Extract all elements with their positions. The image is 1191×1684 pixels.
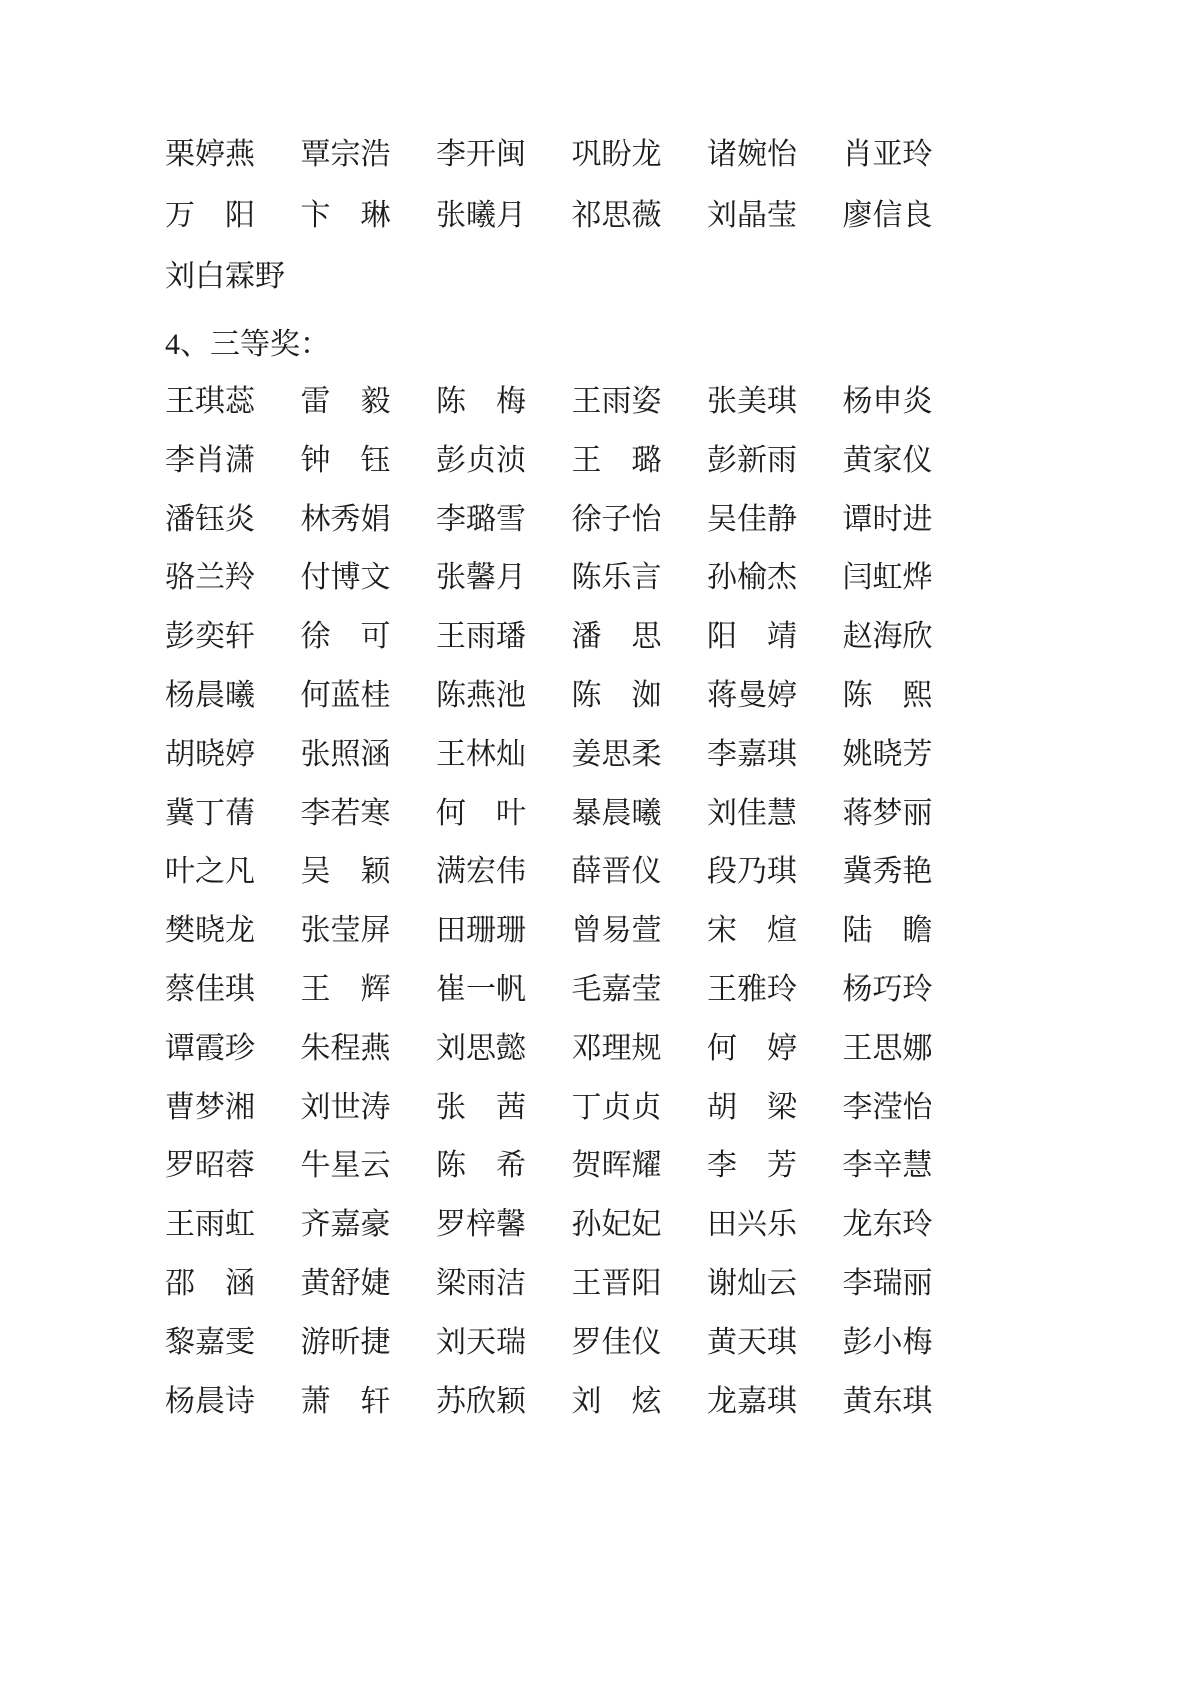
awardee-name: 蒋梦丽 bbox=[843, 798, 979, 830]
awardee-name: 杨晨曦 bbox=[165, 680, 301, 712]
awardee-name: 王雨姿 bbox=[572, 386, 708, 418]
awardee-name: 黄舒婕 bbox=[301, 1268, 437, 1300]
awardee-name: 彭贞浈 bbox=[436, 445, 572, 477]
awardee-name: 贺晖耀 bbox=[572, 1150, 708, 1182]
name-row: 李肖潇钟 钰彭贞浈王 璐彭新雨黄家仪 bbox=[165, 445, 1191, 504]
awardee-name: 何蓝桂 bbox=[301, 680, 437, 712]
awardee-name: 孙妃妃 bbox=[572, 1209, 708, 1241]
awardee-name: 彭奕轩 bbox=[165, 621, 301, 653]
awardee-name: 阳 靖 bbox=[707, 621, 843, 653]
awardee-name: 谭霞珍 bbox=[165, 1033, 301, 1065]
awardee-name: 罗梓馨 bbox=[436, 1209, 572, 1241]
awardee-name: 刘思懿 bbox=[436, 1033, 572, 1065]
awardee-name: 林秀娟 bbox=[301, 504, 437, 536]
awardee-name: 姚晓芳 bbox=[843, 739, 979, 771]
awardee-name: 张 茜 bbox=[436, 1092, 572, 1124]
awardee-name: 钟 钰 bbox=[301, 445, 437, 477]
third-prize-name-list: 王琪蕊雷 毅陈 梅王雨姿张美琪杨申炎李肖潇钟 钰彭贞浈王 璐彭新雨黄家仪潘钰炎林… bbox=[165, 386, 1191, 1444]
awardee-name: 曹梦湘 bbox=[165, 1092, 301, 1124]
prize-list-continued: 栗婷燕覃宗浩李开闽巩盼龙诸婉怡肖亚玲万 阳卞 琳张曦月祁思薇刘晶莹廖信良刘白霖野 bbox=[165, 139, 1191, 322]
awardee-name: 栗婷燕 bbox=[165, 139, 301, 171]
page-content: 栗婷燕覃宗浩李开闽巩盼龙诸婉怡肖亚玲万 阳卞 琳张曦月祁思薇刘晶莹廖信良刘白霖野… bbox=[0, 0, 1191, 1444]
awardee-name: 刘世涛 bbox=[301, 1092, 437, 1124]
name-row: 曹梦湘刘世涛张 茜丁贞贞胡 梁李滢怡 bbox=[165, 1092, 1191, 1151]
awardee-name: 刘佳慧 bbox=[707, 798, 843, 830]
name-row: 叶之凡吴 颖满宏伟薛晋仪段乃琪冀秀艳 bbox=[165, 856, 1191, 915]
name-row: 潘钰炎林秀娟李璐雪徐子怡吴佳静谭时进 bbox=[165, 504, 1191, 563]
awardee-name: 王 辉 bbox=[301, 974, 437, 1006]
awardee-name: 付博文 bbox=[301, 562, 437, 594]
awardee-name: 雷 毅 bbox=[301, 386, 437, 418]
awardee-name: 万 阳 bbox=[165, 200, 301, 232]
name-row: 邵 涵黄舒婕梁雨洁王晋阳谢灿云李瑞丽 bbox=[165, 1268, 1191, 1327]
awardee-name: 谭时进 bbox=[843, 504, 979, 536]
awardee-name: 彭新雨 bbox=[707, 445, 843, 477]
awardee-name: 朱程燕 bbox=[301, 1033, 437, 1065]
awardee-name: 黄家仪 bbox=[843, 445, 979, 477]
awardee-name: 罗佳仪 bbox=[572, 1327, 708, 1359]
awardee-name: 冀秀艳 bbox=[843, 856, 979, 888]
awardee-name: 王琪蕊 bbox=[165, 386, 301, 418]
awardee-name: 诸婉怡 bbox=[707, 139, 843, 171]
awardee-name: 祁思薇 bbox=[572, 200, 708, 232]
awardee-name: 王雨虹 bbox=[165, 1209, 301, 1241]
name-row: 王琪蕊雷 毅陈 梅王雨姿张美琪杨申炎 bbox=[165, 386, 1191, 445]
awardee-name: 王雨璠 bbox=[436, 621, 572, 653]
awardee-name: 齐嘉豪 bbox=[301, 1209, 437, 1241]
awardee-name: 叶之凡 bbox=[165, 856, 301, 888]
awardee-name: 苏欣颖 bbox=[436, 1386, 572, 1418]
awardee-name: 罗昭蓉 bbox=[165, 1150, 301, 1182]
awardee-name: 陈 洳 bbox=[572, 680, 708, 712]
awardee-name: 何 婷 bbox=[707, 1033, 843, 1065]
awardee-name: 丁贞贞 bbox=[572, 1092, 708, 1124]
awardee-name: 吴佳静 bbox=[707, 504, 843, 536]
awardee-name: 龙嘉琪 bbox=[707, 1386, 843, 1418]
name-row: 冀丁蒨李若寒何 叶暴晨曦刘佳慧蒋梦丽 bbox=[165, 798, 1191, 857]
awardee-name: 陈 梅 bbox=[436, 386, 572, 418]
awardee-name: 杨巧玲 bbox=[843, 974, 979, 1006]
awardee-name: 王 璐 bbox=[572, 445, 708, 477]
awardee-name: 邵 涵 bbox=[165, 1268, 301, 1300]
awardee-name: 陈 希 bbox=[436, 1150, 572, 1182]
awardee-name: 李辛慧 bbox=[843, 1150, 979, 1182]
awardee-name: 吴 颖 bbox=[301, 856, 437, 888]
awardee-name: 萧 轩 bbox=[301, 1386, 437, 1418]
awardee-name: 田兴乐 bbox=[707, 1209, 843, 1241]
awardee-name: 张美琪 bbox=[707, 386, 843, 418]
awardee-name: 满宏伟 bbox=[436, 856, 572, 888]
name-row: 万 阳卞 琳张曦月祁思薇刘晶莹廖信良 bbox=[165, 200, 1191, 261]
awardee-name: 卞 琳 bbox=[301, 200, 437, 232]
awardee-name: 黄东琪 bbox=[843, 1386, 979, 1418]
awardee-name: 张馨月 bbox=[436, 562, 572, 594]
awardee-name: 徐 可 bbox=[301, 621, 437, 653]
awardee-name: 陈燕池 bbox=[436, 680, 572, 712]
awardee-name: 刘天瑞 bbox=[436, 1327, 572, 1359]
awardee-name: 段乃琪 bbox=[707, 856, 843, 888]
awardee-name: 黎嘉雯 bbox=[165, 1327, 301, 1359]
awardee-name: 徐子怡 bbox=[572, 504, 708, 536]
awardee-name: 毛嘉莹 bbox=[572, 974, 708, 1006]
name-row: 王雨虹齐嘉豪罗梓馨孙妃妃田兴乐龙东玲 bbox=[165, 1209, 1191, 1268]
awardee-name: 宋 煊 bbox=[707, 915, 843, 947]
awardee-name: 张照涵 bbox=[301, 739, 437, 771]
awardee-name: 李璐雪 bbox=[436, 504, 572, 536]
awardee-name: 张莹屏 bbox=[301, 915, 437, 947]
awardee-name: 李滢怡 bbox=[843, 1092, 979, 1124]
awardee-name: 刘白霖野 bbox=[165, 261, 301, 293]
name-row: 罗昭蓉牛星云陈 希贺晖耀李 芳李辛慧 bbox=[165, 1150, 1191, 1209]
awardee-name: 肖亚玲 bbox=[843, 139, 979, 171]
awardee-name: 潘钰炎 bbox=[165, 504, 301, 536]
awardee-name: 杨晨诗 bbox=[165, 1386, 301, 1418]
name-row: 栗婷燕覃宗浩李开闽巩盼龙诸婉怡肖亚玲 bbox=[165, 139, 1191, 200]
awardee-name: 李嘉琪 bbox=[707, 739, 843, 771]
name-row: 黎嘉雯游昕捷刘天瑞罗佳仪黄天琪彭小梅 bbox=[165, 1327, 1191, 1386]
awardee-name: 李若寒 bbox=[301, 798, 437, 830]
awardee-name: 胡 梁 bbox=[707, 1092, 843, 1124]
awardee-name: 巩盼龙 bbox=[572, 139, 708, 171]
awardee-name: 张曦月 bbox=[436, 200, 572, 232]
name-row: 谭霞珍朱程燕刘思懿邓理规何 婷王思娜 bbox=[165, 1033, 1191, 1092]
awardee-name: 陆 瞻 bbox=[843, 915, 979, 947]
awardee-name: 李开闽 bbox=[436, 139, 572, 171]
awardee-name: 胡晓婷 bbox=[165, 739, 301, 771]
awardee-name: 陈乐言 bbox=[572, 562, 708, 594]
awardee-name: 赵海欣 bbox=[843, 621, 979, 653]
awardee-name: 蒋曼婷 bbox=[707, 680, 843, 712]
awardee-name: 谢灿云 bbox=[707, 1268, 843, 1300]
awardee-name: 樊晓龙 bbox=[165, 915, 301, 947]
awardee-name: 姜思柔 bbox=[572, 739, 708, 771]
awardee-name: 王雅玲 bbox=[707, 974, 843, 1006]
awardee-name: 刘 炫 bbox=[572, 1386, 708, 1418]
awardee-name: 曾易萱 bbox=[572, 915, 708, 947]
name-row: 骆兰羚付博文张馨月陈乐言孙榆杰闫虹烨 bbox=[165, 562, 1191, 621]
name-row: 胡晓婷张照涵王林灿姜思柔李嘉琪姚晓芳 bbox=[165, 739, 1191, 798]
awardee-name: 骆兰羚 bbox=[165, 562, 301, 594]
awardee-name: 陈 熙 bbox=[843, 680, 979, 712]
awardee-name: 刘晶莹 bbox=[707, 200, 843, 232]
awardee-name: 崔一帆 bbox=[436, 974, 572, 1006]
awardee-name: 廖信良 bbox=[843, 200, 979, 232]
section-heading-third-prize: 4、三等奖： bbox=[165, 329, 1191, 361]
awardee-name: 李瑞丽 bbox=[843, 1268, 979, 1300]
awardee-name: 田珊珊 bbox=[436, 915, 572, 947]
awardee-name: 游昕捷 bbox=[301, 1327, 437, 1359]
awardee-name: 蔡佳琪 bbox=[165, 974, 301, 1006]
awardee-name: 何 叶 bbox=[436, 798, 572, 830]
awardee-name: 闫虹烨 bbox=[843, 562, 979, 594]
awardee-name: 孙榆杰 bbox=[707, 562, 843, 594]
awardee-name: 黄天琪 bbox=[707, 1327, 843, 1359]
awardee-name: 牛星云 bbox=[301, 1150, 437, 1182]
awardee-name: 潘 思 bbox=[572, 621, 708, 653]
awardee-name: 王思娜 bbox=[843, 1033, 979, 1065]
awardee-name: 薛晋仪 bbox=[572, 856, 708, 888]
name-row: 杨晨诗萧 轩苏欣颖刘 炫龙嘉琪黄东琪 bbox=[165, 1386, 1191, 1445]
awardee-name: 王晋阳 bbox=[572, 1268, 708, 1300]
name-row: 蔡佳琪王 辉崔一帆毛嘉莹王雅玲杨巧玲 bbox=[165, 974, 1191, 1033]
awardee-name: 龙东玲 bbox=[843, 1209, 979, 1241]
awardee-name: 王林灿 bbox=[436, 739, 572, 771]
awardee-name: 覃宗浩 bbox=[301, 139, 437, 171]
awardee-name: 暴晨曦 bbox=[572, 798, 708, 830]
awardee-name: 梁雨洁 bbox=[436, 1268, 572, 1300]
awardee-name: 彭小梅 bbox=[843, 1327, 979, 1359]
document-page: 栗婷燕覃宗浩李开闽巩盼龙诸婉怡肖亚玲万 阳卞 琳张曦月祁思薇刘晶莹廖信良刘白霖野… bbox=[0, 0, 1191, 1684]
name-row: 刘白霖野 bbox=[165, 261, 1191, 322]
name-row: 樊晓龙张莹屏田珊珊曾易萱宋 煊陆 瞻 bbox=[165, 915, 1191, 974]
awardee-name: 李肖潇 bbox=[165, 445, 301, 477]
awardee-name: 冀丁蒨 bbox=[165, 798, 301, 830]
name-row: 彭奕轩徐 可王雨璠潘 思阳 靖赵海欣 bbox=[165, 621, 1191, 680]
awardee-name: 邓理规 bbox=[572, 1033, 708, 1065]
awardee-name: 杨申炎 bbox=[843, 386, 979, 418]
name-row: 杨晨曦何蓝桂陈燕池陈 洳蒋曼婷陈 熙 bbox=[165, 680, 1191, 739]
awardee-name: 李 芳 bbox=[707, 1150, 843, 1182]
